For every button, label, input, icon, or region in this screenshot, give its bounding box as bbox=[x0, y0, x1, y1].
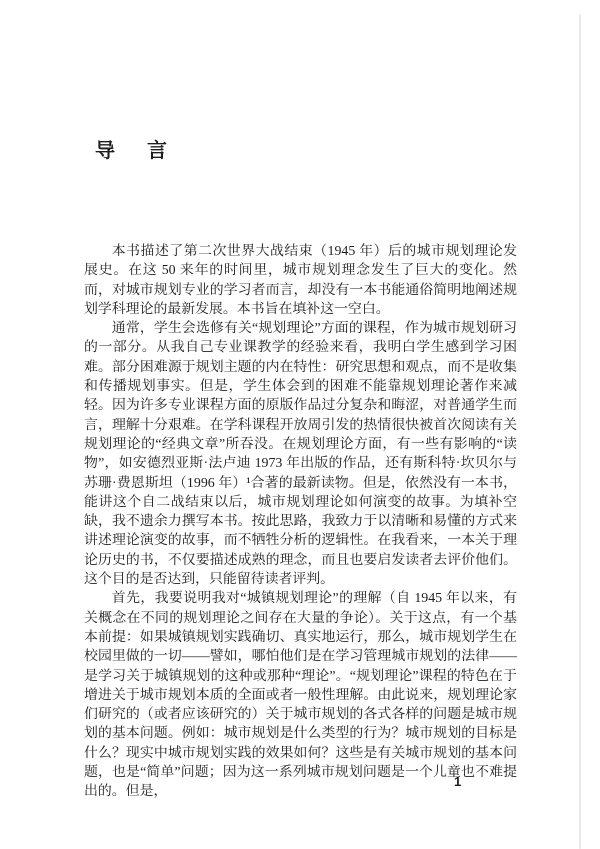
paragraph-intro: 本书描述了第二次世界大战结束（1945 年）后的城市规划理论发展史。在这 50 … bbox=[84, 242, 517, 319]
scanned-book-page: 导 言 本书描述了第二次世界大战结束（1945 年）后的城市规划理论发展史。在这… bbox=[0, 0, 600, 849]
page-number: 1 bbox=[454, 774, 461, 789]
paragraph-course-difficulty: 通常，学生会选修有关“规划理论”方面的课程，作为城市规划研习的一部分。从我自己专… bbox=[84, 319, 517, 589]
body-text: 本书描述了第二次世界大战结束（1945 年）后的城市规划理论发展史。在这 50 … bbox=[84, 242, 517, 802]
scan-artifact-line bbox=[579, 14, 581, 849]
page-title: 导 言 bbox=[95, 134, 173, 163]
paragraph-planning-theory-definition: 首先，我要说明我对“城镇规划理论”的理解（自 1945 年以来，有关概念在不同的… bbox=[84, 589, 517, 801]
